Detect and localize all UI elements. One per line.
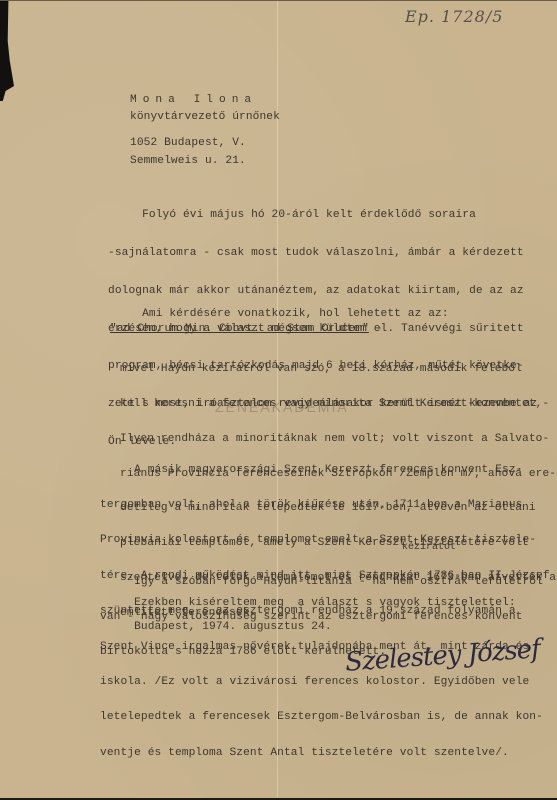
recipient-title: könyvtárvezető úrnőnek (130, 111, 280, 124)
text-line: Provinvia kolostort és templomot emelt a… (100, 535, 550, 547)
recipient-address-2: Semmelweis u. 21. (130, 155, 246, 168)
text-line: letelepedtek a ferencesek Esztergom-Belv… (100, 712, 550, 724)
text-line: Igy a szóban forgó Haydn-litánia - ha ne… (100, 577, 543, 589)
text-line: tergomban volt, ahol a török kiűzése utá… (100, 500, 550, 512)
handwritten-insert: kéziratot (402, 542, 456, 553)
paragraph-2-intro: Ami kérdésére vonatkozik, hol lehetett a… (108, 308, 449, 321)
recipient-name: Mona Ilona (130, 94, 257, 107)
quoted-title: "ad Chorum Min. Convt. ad Stam Crucem" (110, 323, 369, 335)
recipient-address-1: 1052 Budapest, V. (130, 137, 246, 150)
torn-corner (0, 1, 14, 101)
text-line: Folyó évi május hó 20-áról kelt érdeklőd… (108, 209, 537, 222)
archive-reference: Ep. 1728/5 (405, 7, 503, 26)
text-line: A másik magyarországi Szent Kereszt fere… (100, 465, 550, 477)
closing-line: Ezekben kiséreltem meg a választ s vagyo… (100, 597, 516, 610)
paragraph-2-quote: "ad Chorum Min. Convt. ad Stam Crucem" - (110, 323, 383, 336)
text-line: dolognak már akkor utánanéztem, az adato… (108, 285, 537, 298)
date-line: Budapest, 1974. augusztus 24. (100, 621, 332, 634)
letter-page: Ep. 1728/5 Mona Ilona könyvtárvezető úrn… (0, 0, 557, 798)
text-line: ventje és temploma Szent Antal tisztelet… (100, 748, 550, 760)
library-stamp: ZENEAKADÉMIA (215, 399, 349, 415)
text-line: mivel Haydn kéziratról van szó, a 18.szá… (120, 364, 557, 376)
quote-suffix: - (369, 323, 383, 335)
text-line: -sajnálatomra - csak most tudok válaszol… (108, 247, 537, 260)
